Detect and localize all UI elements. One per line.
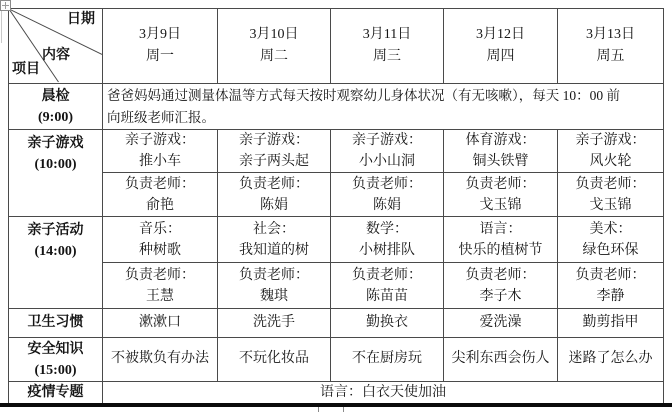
day-weekday: 周三 [331, 46, 443, 68]
teacher-label: 负责老师： [103, 265, 217, 286]
next-table-line-stub [343, 407, 344, 412]
row-label-time: (14:00) [9, 241, 102, 262]
epidemic-text-cell: 语言：白衣天使加油 [103, 382, 664, 405]
day-date: 3月9日 [103, 24, 217, 46]
activities-lesson-row: 亲子活动 (14:00) 音乐： 种树歌 社会： 我知道的树 数学： 小树排队 … [9, 217, 664, 263]
teacher-label: 负责老师： [218, 174, 330, 195]
activity-cell-fri: 美术： 绿色环保 [558, 217, 664, 263]
teacher-label: 负责老师： [558, 174, 663, 195]
game-name: 风火轮 [558, 151, 663, 172]
teacher-label: 负责老师： [444, 174, 557, 195]
row-label-epidemic: 疫情专题 [9, 382, 103, 405]
day-date: 3月12日 [444, 24, 557, 46]
game-cell-wed: 亲子游戏： 小小山洞 [331, 130, 444, 173]
teacher-name: 俞艳 [103, 195, 217, 216]
game-teacher-cell-fri: 负责老师： 戈玉锦 [558, 173, 664, 217]
game-name: 小小山洞 [331, 151, 443, 172]
activity-type: 音乐： [103, 219, 217, 240]
activity-teacher-cell-mon: 负责老师： 王慧 [103, 263, 218, 309]
activity-teacher-cell-fri: 负责老师： 李静 [558, 263, 664, 309]
day-date: 3月11日 [331, 24, 443, 46]
day-weekday: 周五 [558, 46, 663, 68]
activity-cell-tue: 社会： 我知道的树 [218, 217, 331, 263]
game-cell-tue: 亲子游戏： 亲子两头起 [218, 130, 331, 173]
game-name: 推小车 [103, 151, 217, 172]
activity-teacher-cell-thu: 负责老师： 李子木 [444, 263, 558, 309]
activity-name: 快乐的植树节 [444, 240, 557, 261]
activity-cell-mon: 音乐： 种树歌 [103, 217, 218, 263]
game-teacher-cell-tue: 负责老师： 陈娟 [218, 173, 331, 217]
page-bottom-divider [0, 403, 672, 407]
corner-label-date: 日期 [67, 10, 95, 30]
teacher-name: 陈苗苗 [331, 286, 443, 307]
activity-name: 我知道的树 [218, 240, 330, 261]
hygiene-cell-tue: 洗洗手 [218, 309, 331, 338]
teacher-label: 负责老师： [444, 265, 557, 286]
safety-cell-thu: 尖利东西会伤人 [444, 338, 558, 382]
game-teacher-cell-mon: 负责老师： 俞艳 [103, 173, 218, 217]
day-header-wed: 3月11日 周三 [331, 9, 444, 84]
safety-row: 安全知识 (15:00) 不被欺负有办法 不玩化妆品 不在厨房玩 尖利东西会伤人… [9, 338, 664, 382]
game-cell-mon: 亲子游戏： 推小车 [103, 130, 218, 173]
teacher-label: 负责老师： [331, 174, 443, 195]
row-label-text: 亲子活动 [9, 220, 102, 241]
teacher-name: 王慧 [103, 286, 217, 307]
game-name: 铜头铁臂 [444, 151, 557, 172]
teacher-label: 负责老师： [218, 265, 330, 286]
table-move-handle-icon[interactable] [0, 0, 11, 11]
activity-cell-wed: 数学： 小树排队 [331, 217, 444, 263]
activity-type: 语言： [444, 219, 557, 240]
corner-label-item: 项目 [12, 60, 40, 80]
hygiene-row: 卫生习惯 漱漱口 洗洗手 勤换衣 爱洗澡 勤剪指甲 [9, 309, 664, 338]
morning-check-row: 晨检 (9:00) 爸爸妈妈通过测量体温等方式每天按时观察幼儿身体状况（有无咳嗽… [9, 84, 664, 130]
teacher-label: 负责老师： [103, 174, 217, 195]
teacher-name: 戈玉锦 [444, 195, 557, 216]
corner-header-cell: 日期 内容 项目 [9, 9, 103, 84]
weekly-schedule-table: 日期 内容 项目 3月9日 周一 3月10日 周二 3月11日 周三 3月12日… [8, 8, 664, 405]
teacher-name: 陈娟 [331, 195, 443, 216]
hygiene-cell-thu: 爱洗澡 [444, 309, 558, 338]
game-type: 亲子游戏： [558, 130, 663, 151]
morning-check-text: 爸爸妈妈通过测量体温等方式每天按时观察幼儿身体状况（有无咳嗽），每天 10：00… [103, 84, 664, 130]
safety-cell-mon: 不被欺负有办法 [103, 338, 218, 382]
document-page: 日期 内容 项目 3月9日 周一 3月10日 周二 3月11日 周三 3月12日… [0, 0, 672, 412]
activity-cell-thu: 语言： 快乐的植树节 [444, 217, 558, 263]
game-teacher-cell-wed: 负责老师： 陈娟 [331, 173, 444, 217]
game-type: 亲子游戏： [103, 130, 217, 151]
row-label-text: 安全知识 [9, 339, 102, 360]
activity-teacher-cell-wed: 负责老师： 陈苗苗 [331, 263, 444, 309]
page-edge-line [1, 11, 2, 43]
activity-teacher-cell-tue: 负责老师： 魏琪 [218, 263, 331, 309]
row-label-time: (9:00) [9, 107, 102, 128]
day-header-mon: 3月9日 周一 [103, 9, 218, 84]
day-date: 3月13日 [558, 24, 663, 46]
day-weekday: 周四 [444, 46, 557, 68]
safety-cell-tue: 不玩化妆品 [218, 338, 331, 382]
teacher-name: 魏琪 [218, 286, 330, 307]
row-label-morning-check: 晨检 (9:00) [9, 84, 103, 130]
day-header-thu: 3月12日 周四 [444, 9, 558, 84]
teacher-name: 陈娟 [218, 195, 330, 216]
game-type: 体育游戏： [444, 130, 557, 151]
hygiene-cell-wed: 勤换衣 [331, 309, 444, 338]
morning-check-line1: 爸爸妈妈通过测量体温等方式每天按时观察幼儿身体状况（有无咳嗽），每天 10：00… [107, 85, 660, 107]
next-table-line-stub [318, 407, 319, 412]
header-row: 日期 内容 项目 3月9日 周一 3月10日 周二 3月11日 周三 3月12日… [9, 9, 664, 84]
corner-label-content: 内容 [42, 46, 70, 66]
game-type: 亲子游戏： [218, 130, 330, 151]
row-label-games: 亲子游戏 (10:00) [9, 130, 103, 217]
day-header-tue: 3月10日 周二 [218, 9, 331, 84]
day-weekday: 周一 [103, 46, 217, 68]
morning-check-line2: 向班级老师汇报。 [107, 107, 660, 129]
activities-teacher-row: 负责老师： 王慧 负责老师： 魏琪 负责老师： 陈苗苗 负责老师： 李子木 负责… [9, 263, 664, 309]
activity-type: 美术： [558, 219, 663, 240]
teacher-label: 负责老师： [558, 265, 663, 286]
game-name: 亲子两头起 [218, 151, 330, 172]
day-header-fri: 3月13日 周五 [558, 9, 664, 84]
row-label-hygiene: 卫生习惯 [9, 309, 103, 338]
activity-type: 社会： [218, 219, 330, 240]
game-type: 亲子游戏： [331, 130, 443, 151]
activity-name: 小树排队 [331, 240, 443, 261]
teacher-name: 戈玉锦 [558, 195, 663, 216]
hygiene-cell-fri: 勤剪指甲 [558, 309, 664, 338]
activity-name: 种树歌 [103, 240, 217, 261]
hygiene-cell-mon: 漱漱口 [103, 309, 218, 338]
games-teacher-row: 负责老师： 俞艳 负责老师： 陈娟 负责老师： 陈娟 负责老师： 戈玉锦 负责老… [9, 173, 664, 217]
row-label-safety: 安全知识 (15:00) [9, 338, 103, 382]
game-teacher-cell-thu: 负责老师： 戈玉锦 [444, 173, 558, 217]
row-label-time: (10:00) [9, 154, 102, 175]
row-label-time: (15:00) [9, 360, 102, 381]
safety-cell-wed: 不在厨房玩 [331, 338, 444, 382]
games-activity-row: 亲子游戏 (10:00) 亲子游戏： 推小车 亲子游戏： 亲子两头起 亲子游戏：… [9, 130, 664, 173]
teacher-label: 负责老师： [331, 265, 443, 286]
game-cell-fri: 亲子游戏： 风火轮 [558, 130, 664, 173]
game-cell-thu: 体育游戏： 铜头铁臂 [444, 130, 558, 173]
safety-cell-fri: 迷路了怎么办 [558, 338, 664, 382]
teacher-name: 李静 [558, 286, 663, 307]
epidemic-row: 疫情专题 语言：白衣天使加油 [9, 382, 664, 405]
teacher-name: 李子木 [444, 286, 557, 307]
day-date: 3月10日 [218, 24, 330, 46]
day-weekday: 周二 [218, 46, 330, 68]
row-label-activities: 亲子活动 (14:00) [9, 217, 103, 309]
row-label-text: 晨检 [9, 86, 102, 107]
activity-type: 数学： [331, 219, 443, 240]
row-label-text: 亲子游戏 [9, 133, 102, 154]
activity-name: 绿色环保 [558, 240, 663, 261]
